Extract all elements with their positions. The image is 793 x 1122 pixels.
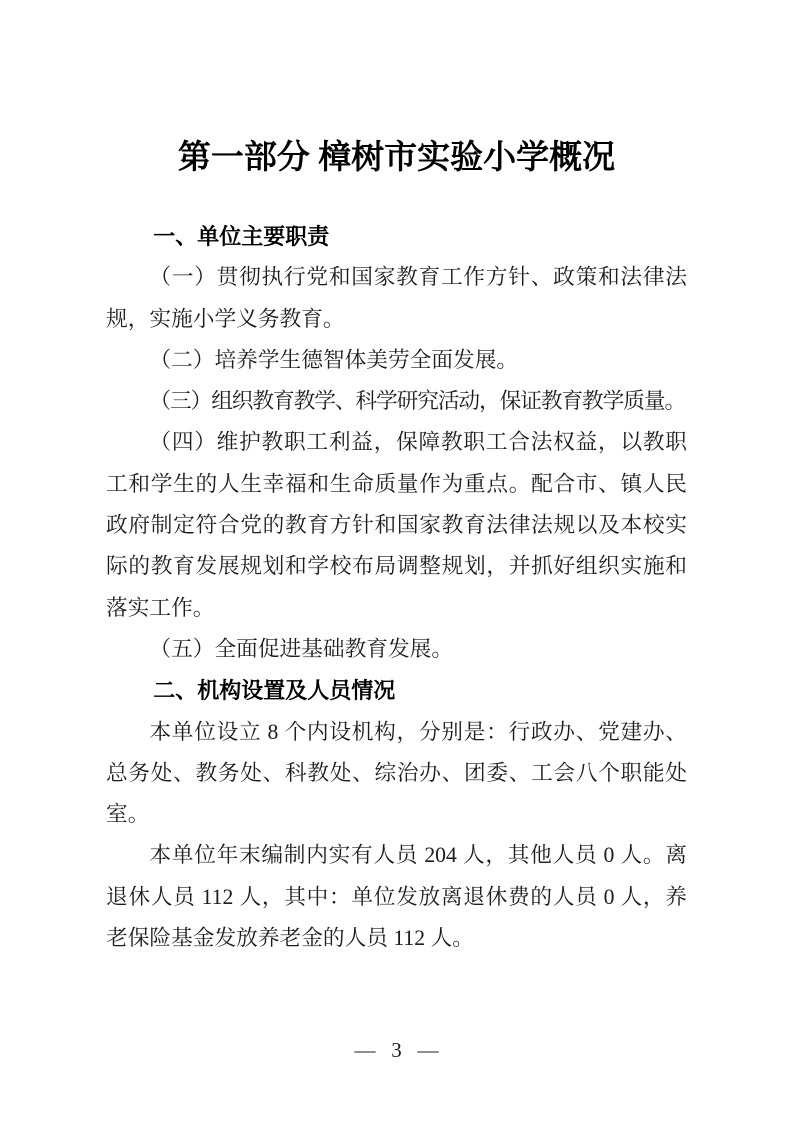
- section-heading: 二、机构设置及人员情况: [106, 670, 687, 711]
- paragraph: 本单位设立 8 个内设机构，分别是：行政办、党建办、总务处、教务处、科教处、综治…: [106, 712, 687, 836]
- page-number: — 3 —: [0, 1038, 793, 1062]
- document-section: 二、机构设置及人员情况本单位设立 8 个内设机构，分别是：行政办、党建办、总务处…: [106, 670, 687, 959]
- section-heading: 一、单位主要职责: [106, 216, 687, 257]
- paragraph: （一）贯彻执行党和国家教育工作方针、政策和法律法规，实施小学义务教育。: [106, 257, 687, 340]
- document-page: 第一部分 樟树市实验小学概况 一、单位主要职责（一）贯彻执行党和国家教育工作方针…: [0, 0, 793, 1122]
- paragraph: 本单位年末编制内实有人员 204 人，其他人员 0 人。离退休人员 112 人，…: [106, 835, 687, 959]
- document-content: 一、单位主要职责（一）贯彻执行党和国家教育工作方针、政策和法律法规，实施小学义务…: [106, 216, 687, 959]
- page-title: 第一部分 樟树市实验小学概况: [0, 136, 793, 180]
- paragraph: （四）维护教职工利益，保障教职工合法权益，以教职工和学生的人生幸福和生命质量作为…: [106, 422, 687, 628]
- paragraph: （三）组织教育教学、科学研究活动，保证教育教学质量。: [106, 381, 687, 422]
- document-section: 一、单位主要职责（一）贯彻执行党和国家教育工作方针、政策和法律法规，实施小学义务…: [106, 216, 687, 670]
- paragraph: （五）全面促进基础教育发展。: [106, 629, 687, 670]
- paragraph: （二）培养学生德智体美劳全面发展。: [106, 340, 687, 381]
